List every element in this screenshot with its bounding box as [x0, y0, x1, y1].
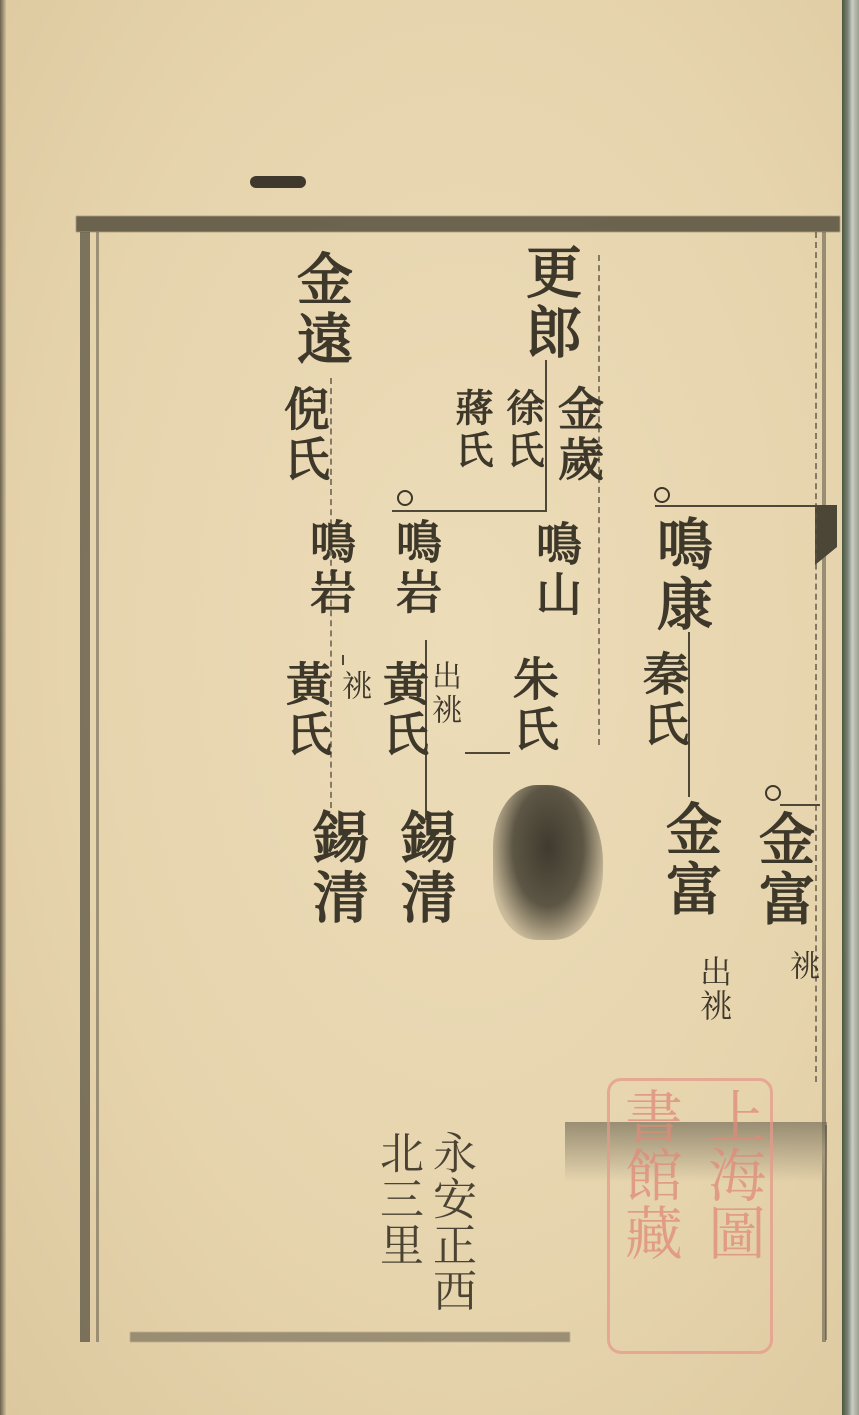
name-jinsui: 金歲	[555, 385, 601, 485]
marker-circle	[654, 487, 670, 503]
dashed-guide	[598, 255, 600, 745]
library-seal: 上海圖 書館藏	[607, 1078, 773, 1354]
seal-text-left: 書館藏	[618, 1087, 679, 1261]
page-edge-strip	[842, 0, 859, 1415]
name-jinfu-top: 金富	[755, 810, 811, 930]
name-xiqing-left: 錫清	[309, 808, 365, 928]
spouse-qin: 秦氏	[640, 650, 686, 750]
name-jinfu-lower: 金富	[662, 800, 718, 920]
frame-left-inner-line	[96, 232, 99, 1342]
name-xiqing-center: 錫清	[397, 808, 453, 928]
ink-smudge	[493, 785, 603, 940]
box-right-line	[825, 1125, 827, 1340]
spouse-huang-left: 黃氏	[283, 660, 329, 760]
spouse-jiang: 蔣氏	[452, 388, 490, 472]
footer-location-col1: 永安正西	[428, 1130, 472, 1314]
frame-left-border	[80, 232, 90, 1342]
frame-bottom-border	[130, 1332, 570, 1342]
footer-location-col2: 北三里	[375, 1130, 419, 1268]
connector-line	[545, 360, 547, 510]
spouse-xu: 徐氏	[503, 388, 541, 472]
name-mingyan-center: 鳴岩	[393, 518, 439, 618]
note-chutiao-right: 出祧	[698, 955, 730, 1023]
book-spine-shadow	[0, 0, 6, 1415]
note-tiao-left: 祧	[338, 670, 368, 704]
note-tiao: 祧	[786, 950, 816, 984]
seal-text-right: 上海圖	[701, 1087, 762, 1261]
connector-line	[465, 752, 510, 754]
spouse-huang-center: 黃氏	[380, 660, 426, 760]
page-number-mark	[250, 176, 306, 188]
connector-line	[392, 510, 547, 512]
connector-line	[655, 505, 820, 507]
name-mingshan: 鳴山	[533, 520, 579, 620]
connector-line	[342, 655, 344, 665]
spouse-zhu: 朱氏	[510, 655, 556, 755]
note-chutiao-center: 出祧	[428, 660, 458, 728]
marker-circle	[397, 490, 413, 506]
name-jinyuan: 金遠	[293, 250, 349, 370]
marker-circle	[765, 785, 781, 801]
name-mingkang: 鳴康	[653, 515, 709, 635]
frame-top-border	[76, 216, 840, 232]
name-genglang: 更郎	[522, 243, 578, 363]
name-mingyan-left: 鳴岩	[307, 518, 353, 618]
spouse-ni: 倪氏	[281, 385, 327, 485]
connector-line	[780, 804, 820, 806]
